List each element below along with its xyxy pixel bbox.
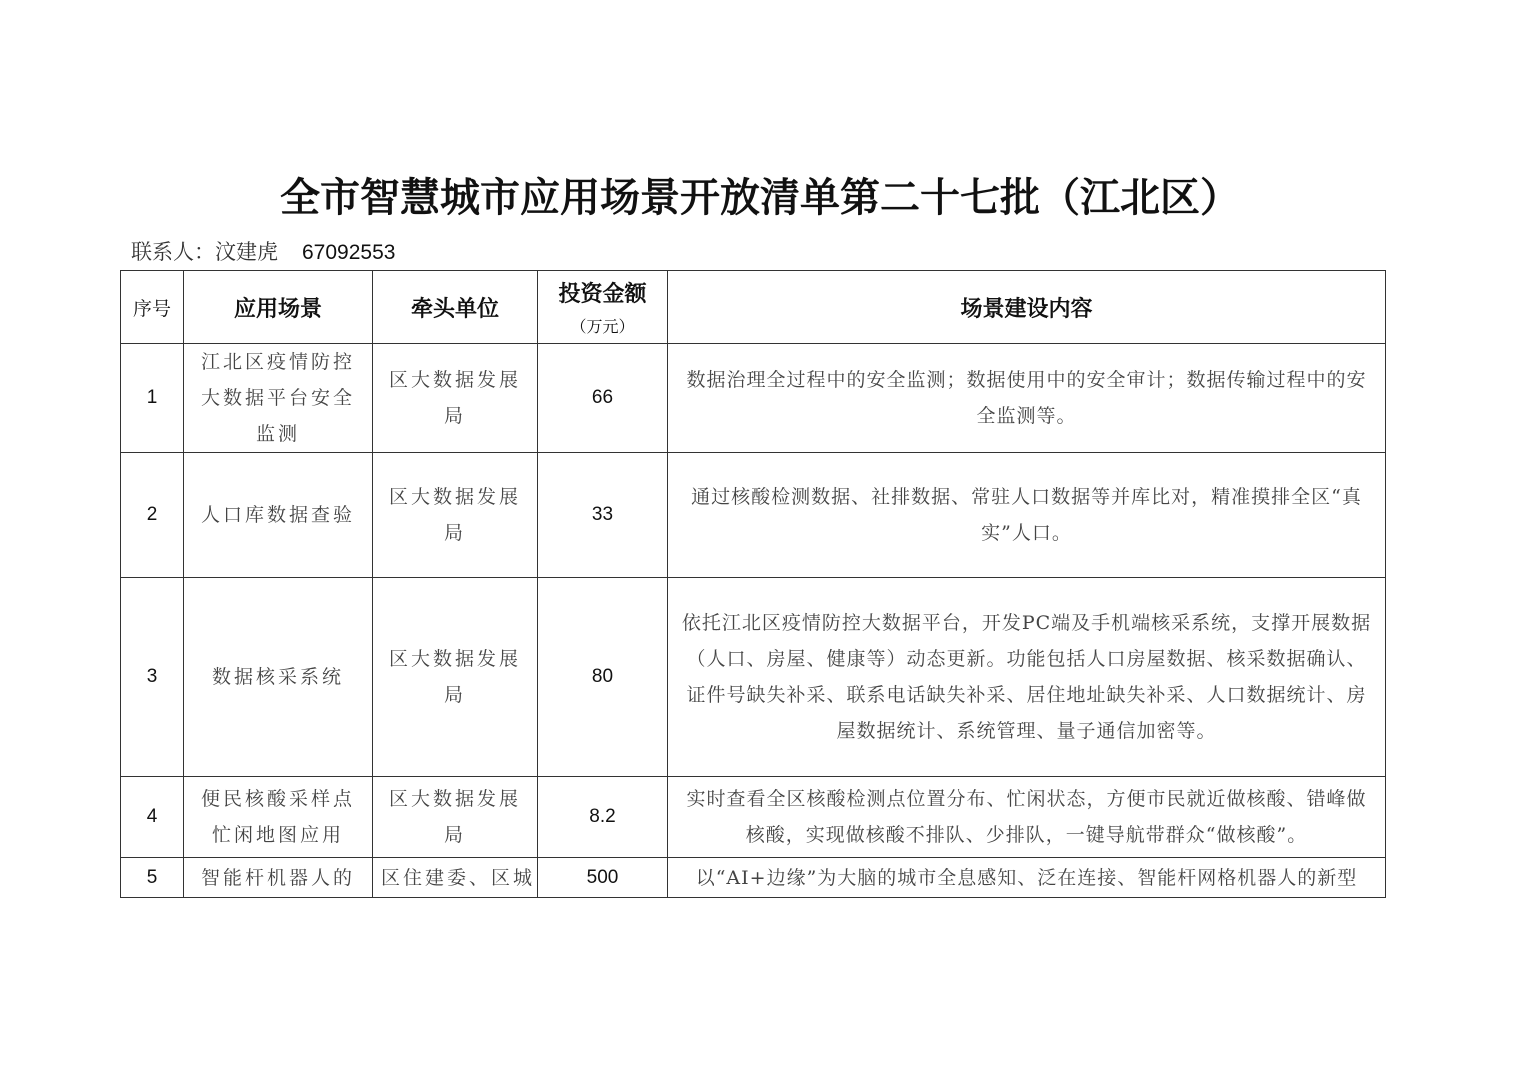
row-scene: 智能杆机器人的 (184, 858, 373, 898)
row-content: 数据治理全过程中的安全监测；数据使用中的安全审计；数据传输过程中的安全监测等。 (668, 344, 1386, 453)
table-row: 3 数据核采系统 区大数据发展局 80 依托江北区疫情防控大数据平台，开发PC端… (121, 578, 1386, 777)
table-row: 1 江北区疫情防控大数据平台安全监测 区大数据发展局 66 数据治理全过程中的安… (121, 344, 1386, 453)
row-investment: 500 (538, 858, 668, 898)
table-row: 2 人口库数据查验 区大数据发展局 33 通过核酸检测数据、社排数据、常驻人口数… (121, 453, 1386, 578)
header-lead-unit: 牵头单位 (373, 271, 538, 344)
table-row: 5 智能杆机器人的 区住建委、区城 500 以“AI+边缘”为大脑的城市全息感知… (121, 858, 1386, 898)
row-investment: 8.2 (538, 777, 668, 858)
row-scene: 江北区疫情防控大数据平台安全监测 (184, 344, 373, 453)
row-lead-unit: 区大数据发展局 (373, 578, 538, 777)
row-lead-unit: 区大数据发展局 (373, 453, 538, 578)
row-content: 实时查看全区核酸检测点位置分布、忙闲状态，方便市民就近做核酸、错峰做核酸，实现做… (668, 777, 1386, 858)
row-content: 以“AI+边缘”为大脑的城市全息感知、泛在连接、智能杆网格机器人的新型 (668, 858, 1386, 898)
contact-line: 联系人：汶建虎67092553 (131, 236, 395, 266)
scenario-table: 序号 应用场景 牵头单位 投资金额 （万元） 场景建设内容 1 江北区疫情防控大… (120, 270, 1386, 898)
row-seq: 4 (121, 777, 184, 858)
row-lead-unit: 区大数据发展局 (373, 344, 538, 453)
header-seq: 序号 (121, 271, 184, 344)
row-seq: 1 (121, 344, 184, 453)
document-title: 全市智慧城市应用场景开放清单第二十七批（江北区） (0, 166, 1520, 223)
header-content: 场景建设内容 (668, 271, 1386, 344)
row-content: 通过核酸检测数据、社排数据、常驻人口数据等并库比对，精准摸排全区“真实”人口。 (668, 453, 1386, 578)
row-scene: 便民核酸采样点忙闲地图应用 (184, 777, 373, 858)
table-row: 4 便民核酸采样点忙闲地图应用 区大数据发展局 8.2 实时查看全区核酸检测点位… (121, 777, 1386, 858)
row-seq: 5 (121, 858, 184, 898)
header-scene: 应用场景 (184, 271, 373, 344)
row-investment: 66 (538, 344, 668, 453)
contact-phone: 67092553 (302, 241, 395, 264)
table-header-row: 序号 应用场景 牵头单位 投资金额 （万元） 场景建设内容 (121, 271, 1386, 344)
row-scene: 人口库数据查验 (184, 453, 373, 578)
header-investment: 投资金额 （万元） (538, 271, 668, 344)
row-content: 依托江北区疫情防控大数据平台，开发PC端及手机端核采系统，支撑开展数据（人口、房… (668, 578, 1386, 777)
row-scene: 数据核采系统 (184, 578, 373, 777)
row-investment: 80 (538, 578, 668, 777)
row-seq: 2 (121, 453, 184, 578)
header-investment-unit: （万元） (546, 314, 659, 337)
row-seq: 3 (121, 578, 184, 777)
header-investment-label: 投资金额 (558, 281, 646, 307)
contact-label: 联系人：汶建虎 (131, 240, 278, 264)
row-lead-unit: 区住建委、区城 (373, 858, 538, 898)
row-lead-unit: 区大数据发展局 (373, 777, 538, 858)
row-investment: 33 (538, 453, 668, 578)
